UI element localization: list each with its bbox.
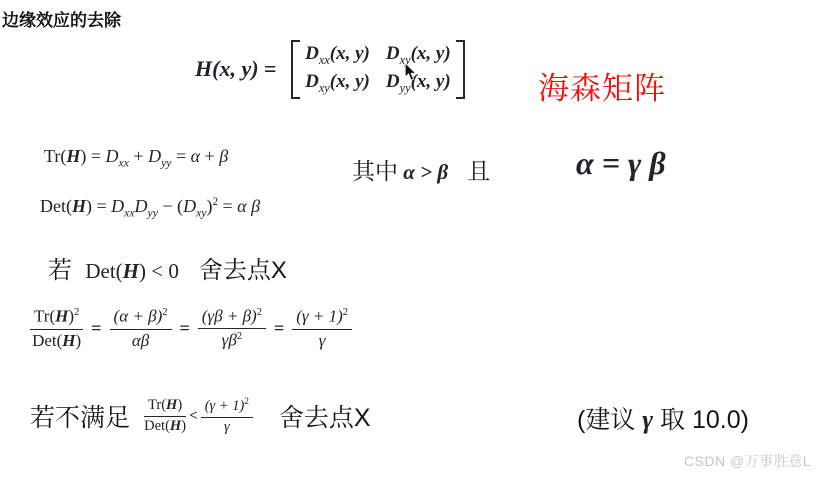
final-discard-condition: 若不满足 Tr(H) Det(H) < (γ + 1)2 γ 舍去点X — [30, 397, 371, 436]
fraction-numerator: (γ + 1)2 — [292, 307, 352, 329]
hessian-equation: H(x, y) = Dxx(x, y) Dxy(x, y) Dxy(x, y) … — [195, 40, 465, 99]
matrix-cell-dxy-bottom: Dxy(x, y) — [305, 71, 370, 96]
fraction-denominator: γ — [224, 418, 230, 436]
trace-formula: Tr(H) = Dxx + Dyy = α + β — [44, 146, 228, 170]
equals-sign: = — [91, 318, 101, 339]
csdn-watermark: CSDN @万事胜意L — [684, 451, 811, 471]
fraction-denominator: Det(H) — [144, 417, 186, 435]
matrix-cell-dxy-top: Dxy(x, y) — [386, 43, 451, 68]
final-condition-prefix: 若不满足 — [30, 398, 130, 434]
fraction-numerator: (γβ + β)2 — [198, 307, 266, 329]
page-title: 边缘效应的去除 — [2, 6, 121, 31]
fraction-denominator: Det(H) — [32, 330, 81, 351]
hessian-lhs: H(x, y) = — [195, 56, 282, 82]
fraction-numerator: Tr(H) — [144, 398, 186, 417]
fraction-alpha-beta: (α + β)2 αβ — [110, 307, 172, 350]
fraction-numerator: (α + β)2 — [110, 307, 172, 329]
fraction-gamma-beta: (γβ + β)2 γβ2 — [198, 307, 266, 351]
final-condition-suffix: 舍去点X — [279, 398, 371, 434]
matrix-cell-dxx: Dxx(x, y) — [305, 43, 370, 68]
hessian-matrix: Dxx(x, y) Dxy(x, y) Dxy(x, y) Dyy(x, y) — [291, 40, 465, 99]
ratio-chain-formula: Tr(H)2 Det(H) = (α + β)2 αβ = (γβ + β)2 … — [30, 307, 352, 351]
fraction-trace-det: Tr(H)2 Det(H) — [30, 307, 83, 350]
matrix-right-bracket — [456, 40, 465, 99]
fraction-denominator: γ — [319, 330, 326, 351]
matrix-left-bracket — [291, 40, 300, 99]
mouse-cursor-icon — [404, 63, 417, 82]
determinant-formula: Det(H) = DxxDyy − (Dxy)2 = α β — [40, 196, 260, 220]
fraction-numerator: Tr(H)2 — [30, 307, 83, 329]
alpha-gamma-beta-formula: α = γ β — [576, 145, 666, 182]
discard-condition-det: 若 Det(H) < 0 舍去点X — [48, 250, 287, 285]
equals-sign: = — [274, 318, 284, 339]
hessian-matrix-label: 海森矩阵 — [538, 63, 666, 108]
alpha-beta-condition: 其中 α > β 且 — [352, 153, 490, 186]
matrix-cell-dyy: Dyy(x, y) — [386, 71, 451, 96]
equals-sign: = — [180, 318, 190, 339]
fraction-numerator: (γ + 1)2 — [201, 397, 253, 418]
fraction-trace-det-small: Tr(H) Det(H) — [144, 398, 186, 435]
fraction-gamma-plus-one: (γ + 1)2 γ — [292, 307, 352, 350]
less-than-sign: < — [189, 408, 198, 425]
notes-page: 边缘效应的去除 H(x, y) = Dxx(x, y) Dxy(x, y) Dx… — [0, 0, 819, 477]
fraction-denominator: γβ2 — [222, 329, 242, 350]
gamma-suggestion-note: (建议 γ 取 10.0) — [577, 400, 749, 436]
matrix-grid: Dxx(x, y) Dxy(x, y) Dxy(x, y) Dyy(x, y) — [300, 40, 456, 99]
fraction-denominator: αβ — [132, 330, 149, 351]
fraction-gamma-plus-one-small: (γ + 1)2 γ — [201, 397, 253, 436]
